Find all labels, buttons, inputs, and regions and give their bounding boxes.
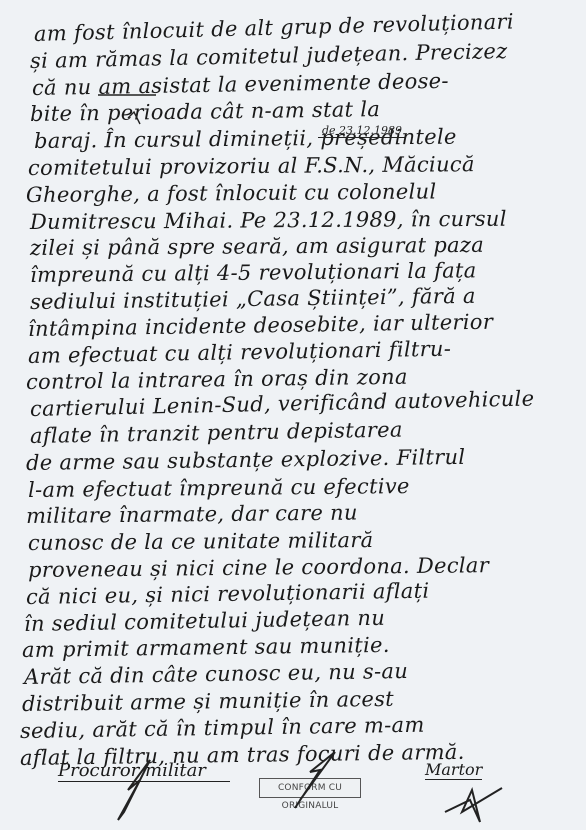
scanned-document-page: am fost înlocuit de alt grup de revoluți… [0,0,586,830]
middle-signature-icon [295,752,335,808]
signature-marks [0,0,586,830]
witness-initials-icon [445,788,502,822]
prosecutor-signature-icon [118,760,150,820]
